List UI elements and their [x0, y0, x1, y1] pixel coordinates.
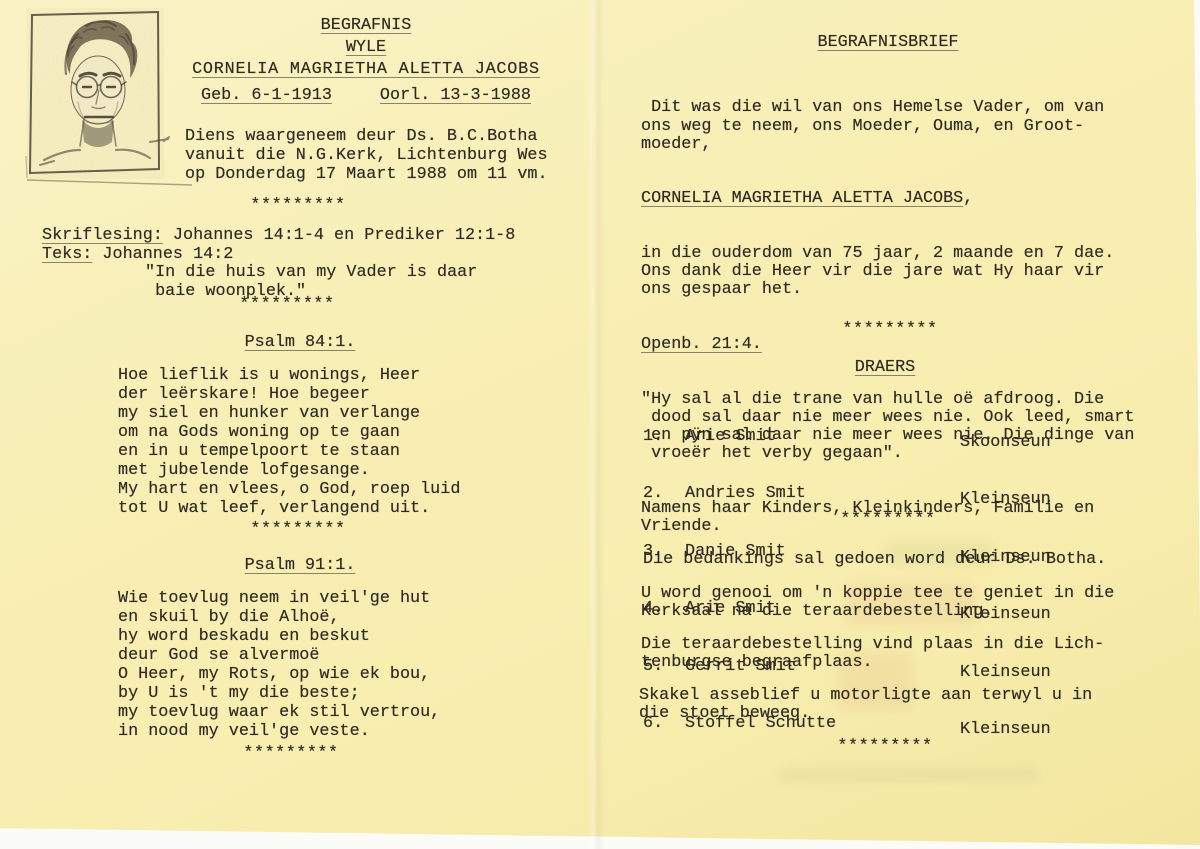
scanned-funeral-program: BEGRAFNIS WYLE CORNELIA MAGRIETHA ALETTA…: [0, 0, 1200, 849]
psalm-91-verse: Wie toevlug neem in veil'ge hut en skuil…: [118, 589, 440, 741]
bearer-row: 1.Arie SmitSkoonseun: [643, 427, 1123, 446]
thanks-note: Die bedankings sal gedoen word deur Ds. …: [643, 550, 1106, 569]
letter-title: BEGRAFNISBRIEF: [688, 33, 1088, 52]
bearer-role: Skoonseun: [960, 433, 1051, 452]
birth-date: Geb. 6-1-1913: [201, 86, 332, 105]
separator: *********: [690, 320, 1090, 339]
death-date: Oorl. 13-3-1988: [380, 86, 531, 105]
intro-paragraph: Dit was die wil van ons Hemelse Vader, o…: [641, 99, 1134, 154]
tea-invitation: U word genooi om 'n koppie tee te geniet…: [641, 585, 1114, 621]
text-reference: Teks: Johannes 14:2: [42, 245, 233, 264]
separator: *********: [98, 196, 498, 215]
life-dates: Geb. 6-1-1913 Oorl. 13-3-1988: [166, 86, 566, 105]
psalm-91-heading: Psalm 91:1.: [100, 556, 500, 575]
psalm-84-verse: Hoe lieflik is u wonings, Heer der leërs…: [118, 366, 460, 518]
age-paragraph: in die ouderdom van 75 jaar, 2 maande en…: [641, 245, 1134, 300]
headlights-request: Skakel asseblief u motorligte aan terwyl…: [639, 687, 1092, 723]
psalm-84-heading: Psalm 84:1.: [100, 333, 500, 352]
funeral-title: BEGRAFNIS: [166, 16, 566, 35]
bearer-name: Andries Smit: [685, 484, 806, 503]
bearer-name: Arie Smit: [685, 427, 776, 446]
bearer-row: 2.Andries SmitKleinseun: [643, 484, 1123, 503]
service-details: Diens waargeneem deur Ds. B.C.Botha vanu…: [185, 127, 548, 184]
separator: *********: [685, 737, 1085, 756]
scripture-reading: Skriflesing: Johannes 14:1-4 en Prediker…: [42, 226, 515, 245]
separator: *********: [91, 744, 491, 763]
separator: *********: [688, 510, 1088, 529]
separator: *********: [87, 295, 487, 314]
bearer-number: 2.: [643, 484, 685, 503]
deceased-name-heading: CORNELIA MAGRIETHA ALETTA JACOBS: [166, 60, 566, 79]
separator: *********: [98, 520, 498, 539]
bearer-role: Kleinseun: [960, 490, 1051, 509]
burial-location: Die teraardebestelling vind plaas in die…: [641, 636, 1104, 672]
photo-grain: [33, 14, 158, 171]
bearers-heading: DRAERS: [685, 358, 1085, 377]
funeral-subtitle: WYLE: [166, 38, 566, 57]
bearer-number: 1.: [643, 427, 685, 446]
deceased-name-inline: CORNELIA MAGRIETHA ALETTA JACOBS,: [641, 190, 1134, 208]
